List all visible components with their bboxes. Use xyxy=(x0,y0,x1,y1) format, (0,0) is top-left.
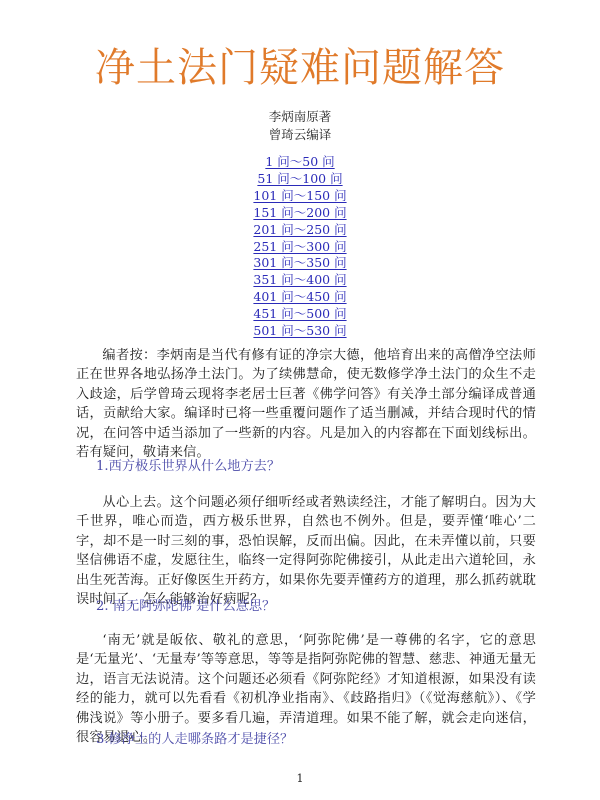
toc-link-351-400[interactable]: 351 问～400 问 xyxy=(0,272,600,289)
question-heading-3: 3.修净土的人走哪条路才是捷径？ xyxy=(96,731,293,749)
question-heading-1: 1.西方极乐世界从什么地方去？ xyxy=(96,458,280,476)
toc-link-101-150[interactable]: 101 问～150 问 xyxy=(0,188,600,205)
toc-link-151-200[interactable]: 151 问～200 问 xyxy=(0,205,600,222)
answer-paragraph-1: 从心上去。这个问题必须仔细听经或者熟读经注，才能了解明白。因为大千世界，唯心而造… xyxy=(76,493,536,609)
toc-link-1-50[interactable]: 1 问～50 问 xyxy=(0,154,600,171)
toc-link-501-530[interactable]: 501 问～530 问 xyxy=(0,323,600,340)
answer-paragraph-2: ‘南无’就是皈依、敬礼的意思，‘阿弥陀佛’是一尊佛的名字，它的意思是‘无量光’、… xyxy=(76,631,536,747)
author-line: 李炳南原著 xyxy=(0,108,600,126)
document-page: 净土法门疑难问题解答 李炳南原著 曾琦云编译 1 问～50 问 51 问～100… xyxy=(0,0,600,800)
table-of-contents: 1 问～50 问 51 问～100 问 101 问～150 问 151 问～20… xyxy=(0,154,600,340)
byline: 李炳南原著 曾琦云编译 xyxy=(0,108,600,144)
page-number: 1 xyxy=(0,772,600,785)
toc-link-301-350[interactable]: 301 问～350 问 xyxy=(0,255,600,272)
editor-line: 曾琦云编译 xyxy=(0,126,600,144)
toc-link-251-300[interactable]: 251 问～300 问 xyxy=(0,239,600,256)
question-heading-2: 2.‘南无阿弥陀佛’是什么意思？ xyxy=(96,598,275,616)
toc-link-451-500[interactable]: 451 问～500 问 xyxy=(0,306,600,323)
document-title: 净土法门疑难问题解答 xyxy=(0,42,600,94)
editor-note: 编者按：李炳南是当代有修有证的净宗大德，他培育出来的高僧净空法师正在世界各地弘扬… xyxy=(76,346,536,462)
toc-link-201-250[interactable]: 201 问～250 问 xyxy=(0,222,600,239)
toc-link-401-450[interactable]: 401 问～450 问 xyxy=(0,289,600,306)
toc-link-51-100[interactable]: 51 问～100 问 xyxy=(0,171,600,188)
